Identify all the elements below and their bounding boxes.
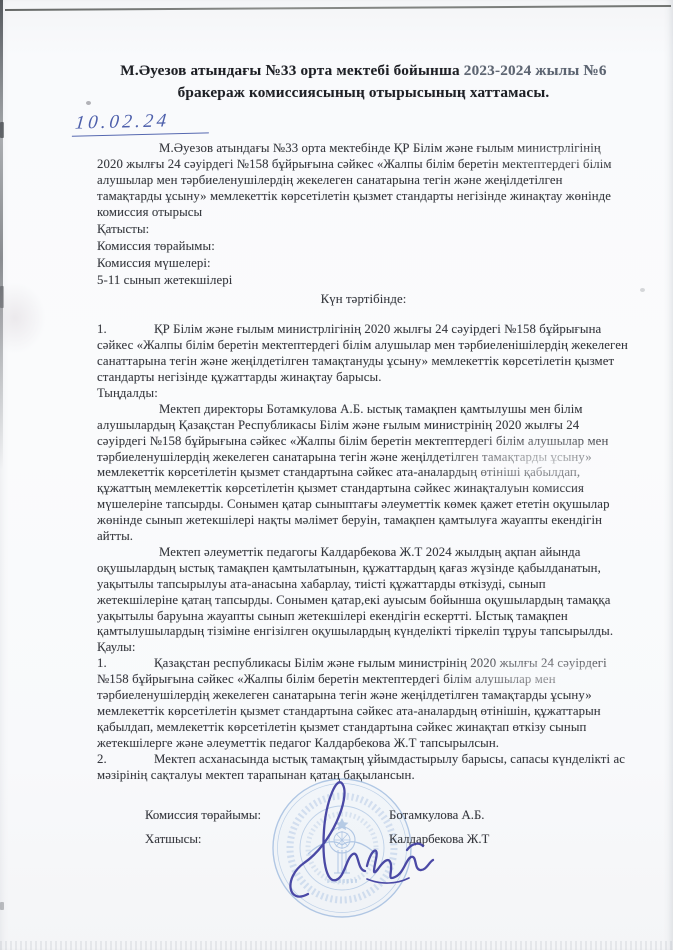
- heard-paragraph: Мектеп әлеуметтік педагогы Калдарбекова …: [97, 545, 630, 640]
- commission-members-value: 5-11 сынып жетекшілері: [97, 272, 630, 289]
- handwritten-date: 10.02.24: [72, 109, 211, 136]
- signature-ink: [270, 766, 475, 916]
- agenda-heading: Күн тәртібінде:: [97, 292, 630, 308]
- resolution-item-number: 1.: [97, 656, 154, 672]
- agenda-item-text: ҚР Білім және ғылым министрлігінің 2020 …: [97, 322, 628, 384]
- title-line-1-suffix: 2023-2024 жылы №6: [464, 62, 607, 79]
- scan-edge-mark: [0, 902, 4, 910]
- document-body: М.Әуезов атындағы №33 орта мектебі бойын…: [97, 60, 630, 784]
- heard-paragraph: Мектеп директоры Ботамкулова А.Б. ыстық …: [97, 402, 630, 545]
- present-label: Қатысты:: [97, 221, 630, 238]
- scan-bottom-texture: [0, 941, 673, 950]
- commission-chair-label: Комиссия төрайымы:: [97, 238, 630, 255]
- resolution-item-number: 2.: [97, 752, 154, 768]
- paper-speck: [640, 288, 645, 292]
- title-line-1-main: М.Әуезов атындағы №33 орта мектебі бойын…: [120, 62, 459, 79]
- commission-members-label: Комиссия мүшелері:: [97, 255, 630, 272]
- title-line-2: бракераж комиссиясының отырысының хаттам…: [97, 82, 630, 104]
- scan-left-edge-line: [0, 0, 3, 470]
- resolution-item: 1.Қазақстан республикасы Білім және ғылы…: [97, 656, 630, 751]
- attendance-roster: Қатысты: Комиссия төрайымы: Комиссия мүш…: [97, 221, 630, 290]
- heard-label: Тыңдалды:: [97, 386, 630, 402]
- resolution-label: Қаулы:: [97, 640, 630, 656]
- paper-smudge: [0, 282, 46, 354]
- scanned-protocol-page: М.Әуезов атындағы №33 орта мектебі бойын…: [0, 0, 673, 950]
- agenda-item: 1.ҚР Білім және ғылым министрлігінің 202…: [97, 322, 630, 386]
- intro-paragraph: М.Әуезов атындағы №33 орта мектебінде ҚР…: [97, 141, 630, 221]
- scan-edge-mark: [0, 122, 4, 138]
- scan-top-edge-line: [5, 5, 671, 11]
- paper-speck: [86, 101, 91, 105]
- document-title: М.Әуезов атындағы №33 орта мектебі бойын…: [97, 60, 630, 104]
- agenda-item-number: 1.: [97, 322, 154, 338]
- resolution-item-text: Қазақстан республикасы Білім және ғылым …: [97, 656, 607, 750]
- title-line-1: М.Әуезов атындағы №33 орта мектебі бойын…: [97, 60, 630, 82]
